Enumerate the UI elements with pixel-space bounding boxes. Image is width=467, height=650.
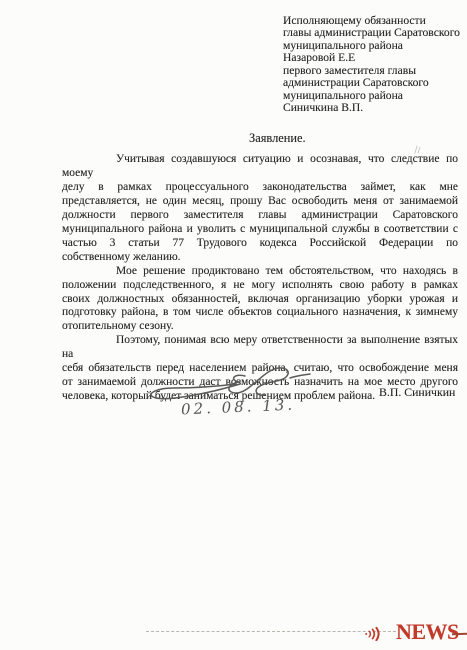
text-line: Мое решение продиктовано тем обстоятельс… [62, 265, 458, 279]
recipient-line: Синичкина В.П. [283, 102, 459, 114]
text-line: муниципального района и уволить с муници… [62, 223, 458, 237]
text-line: должности первого заместителя главы адми… [62, 209, 458, 223]
text-line: положении подследственного, я не могу ис… [62, 279, 458, 293]
text-line: Учитывая создавшуюся ситуацию и осознава… [62, 153, 458, 181]
paragraph: Мое решение продиктовано тем обстоятельс… [62, 265, 458, 335]
recipient-line: Назаровой Е.Е [283, 52, 459, 64]
signer-name: В.П. Синичкин [379, 385, 455, 400]
text-line: собственному желанию. [62, 251, 458, 265]
recipient-address-block: Исполняющему обязанностиглавы администра… [283, 15, 459, 115]
watermark-dashed-line [146, 631, 396, 632]
scanned-letter-page: Исполняющему обязанностиглавы администра… [0, 0, 467, 650]
text-line: делу в рамках процессуального законодате… [62, 181, 458, 195]
news-watermark-label: NEWS [396, 622, 459, 642]
text-line: подготовку района, в том числе объектов … [62, 306, 458, 320]
recipient-line: администрации Саратовского [283, 77, 459, 89]
paragraph: Учитывая создавшуюся ситуацию и осознава… [62, 153, 458, 265]
text-line: отопительному сезону. [62, 320, 458, 334]
document-title: Заявление. [249, 131, 306, 146]
text-line: частью 3 статьи 77 Трудового кодекса Рос… [62, 237, 458, 251]
news-watermark-dash [452, 633, 467, 636]
text-line: Поэтому, понимая всю меру ответственност… [62, 334, 458, 362]
text-line: своих должностных обязанностей, включая … [62, 293, 458, 307]
signal-waves-icon [364, 626, 383, 641]
text-line: представляется, не один месяц, прошу Вас… [62, 195, 458, 209]
